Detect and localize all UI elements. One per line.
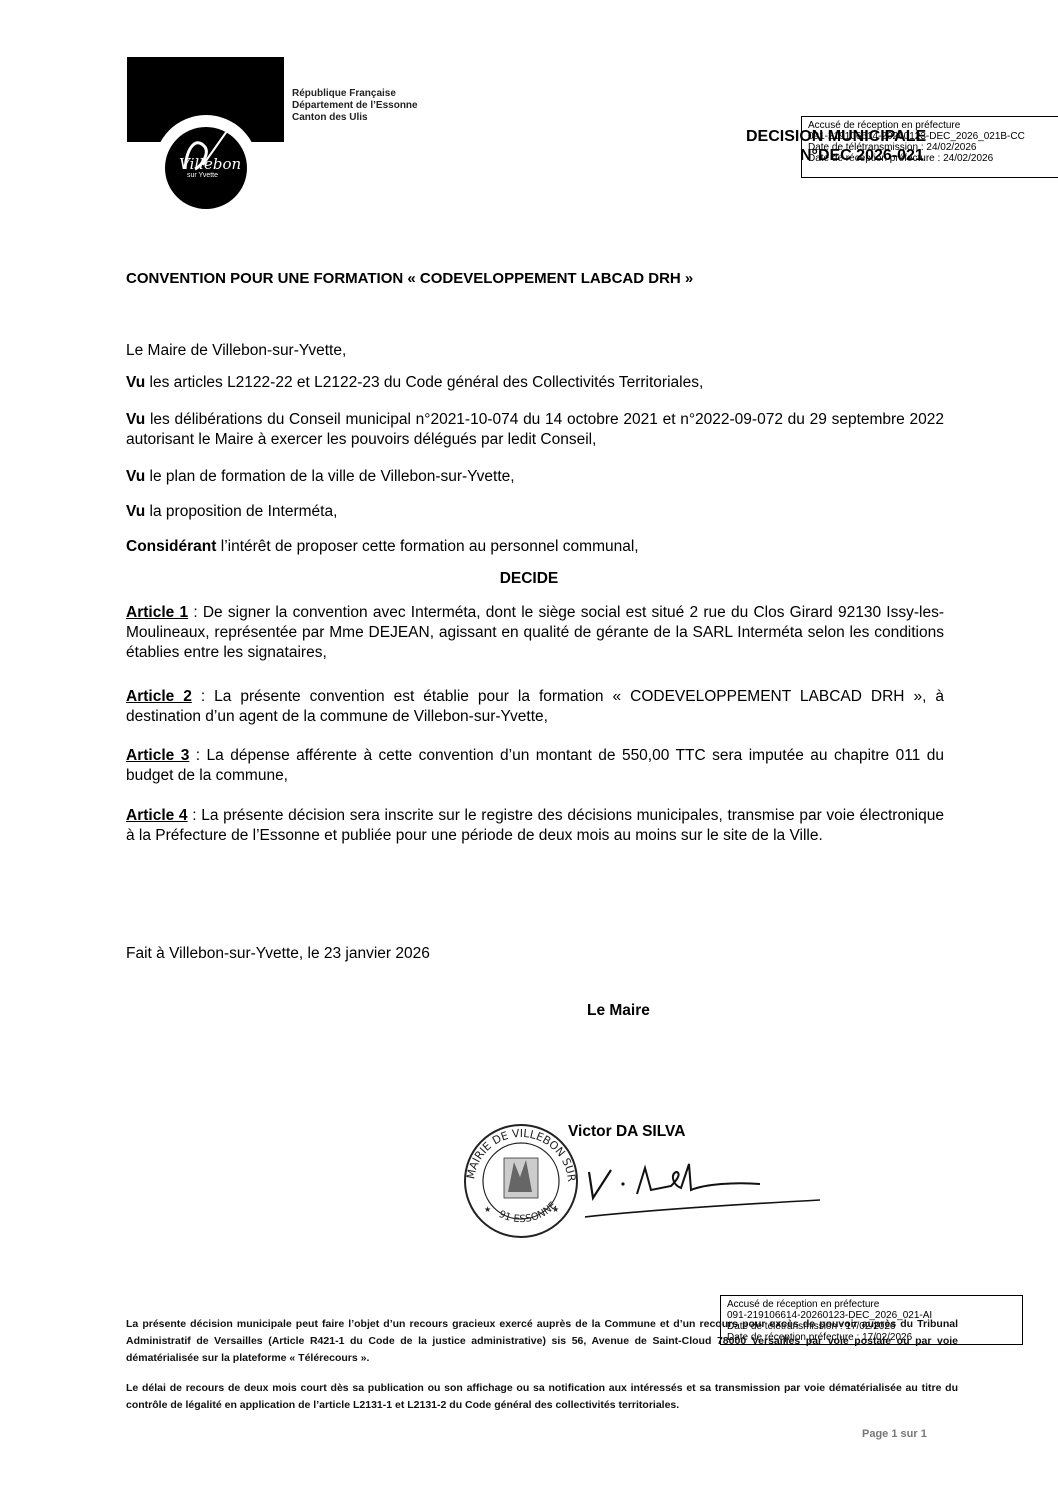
article-label: Article 2 [126, 688, 192, 705]
visa-1: Vu les articles L2122-22 et L2122-23 du … [126, 373, 944, 393]
decision-number: N°DEC 2026-021 [746, 146, 926, 165]
signature-icon [585, 1150, 825, 1220]
visa-lead: Vu [126, 468, 145, 485]
decision-title: DECISION MUNICIPALE [746, 128, 926, 145]
seal-text-bottom: 91 ESSONNE [497, 1200, 559, 1225]
logo-name: Villebon [179, 155, 241, 173]
visa-lead: Vu [126, 503, 145, 520]
article-text: : De signer la convention avec Interméta… [126, 604, 944, 661]
svg-text:★: ★ [484, 1205, 491, 1214]
visa-text: les articles L2122-22 et L2122-23 du Cod… [145, 374, 703, 391]
header-line: Département de l’Essonne [292, 100, 418, 112]
article-label: Article 3 [126, 747, 189, 764]
place-and-date: Fait à Villebon-sur-Yvette, le 23 janvie… [126, 945, 430, 963]
visa-3: Vu le plan de formation de la ville de V… [126, 467, 944, 487]
article-4: Article 4 : La présente décision sera in… [126, 806, 944, 846]
article-text: : La dépense afférente à cette conventio… [126, 747, 944, 784]
header-line: Canton des Ulis [292, 112, 418, 124]
header-administrative-lines: République Française Département de l’Es… [292, 88, 418, 124]
visa-4: Vu la proposition de Interméta, [126, 502, 944, 522]
article-text: : La présente convention est établie pou… [126, 688, 944, 725]
svg-text:★: ★ [552, 1205, 559, 1214]
article-1: Article 1 : De signer la convention avec… [126, 603, 944, 663]
considering: Considérant l’intérêt de proposer cette … [126, 537, 944, 557]
visa-text: les délibérations du Conseil municipal n… [126, 411, 944, 448]
svg-text:91 ESSONNE: 91 ESSONNE [497, 1200, 559, 1225]
visa-text: la proposition de Interméta, [145, 503, 337, 520]
decision-heading: DECISION MUNICIPALE N°DEC 2026-021 [746, 127, 926, 165]
appeal-notice: La présente décision municipale peut fai… [126, 1316, 958, 1367]
visa-lead: Vu [126, 374, 145, 391]
visa-2: Vu les délibérations du Conseil municipa… [126, 410, 944, 450]
article-2: Article 2 : La présente convention est é… [126, 687, 944, 727]
visa-text: le plan de formation de la ville de Vill… [145, 468, 514, 485]
city-logo: Villebon sur Yvette [127, 57, 284, 181]
article-text: : La présente décision sera inscrite sur… [126, 807, 944, 844]
document-title: CONVENTION POUR UNE FORMATION « CODEVELO… [126, 270, 693, 287]
visa-lead: Considérant [126, 538, 216, 555]
preamble-intro: Le Maire de Villebon-sur-Yvette, [126, 341, 944, 361]
logo-subtitle: sur Yvette [187, 172, 218, 179]
visa-lead: Vu [126, 411, 145, 428]
stamp-line: Accusé de réception en préfecture [727, 1299, 1016, 1310]
page-number: Page 1 sur 1 [862, 1428, 927, 1440]
appeal-deadline-notice: Le délai de recours de deux mois court d… [126, 1380, 958, 1414]
mayor-role: Le Maire [587, 1002, 650, 1020]
article-label: Article 4 [126, 807, 188, 824]
decide-heading: DECIDE [0, 570, 1058, 588]
header-line: République Française [292, 88, 418, 100]
mayor-name: Victor DA SILVA [568, 1123, 685, 1141]
municipal-seal-icon: MAIRIE DE VILLEBON SUR YVETTE 91 ESSONNE… [462, 1122, 580, 1240]
visa-text: l’intérêt de proposer cette formation au… [216, 538, 638, 555]
article-3: Article 3 : La dépense afférente à cette… [126, 746, 944, 786]
article-label: Article 1 [126, 604, 188, 621]
